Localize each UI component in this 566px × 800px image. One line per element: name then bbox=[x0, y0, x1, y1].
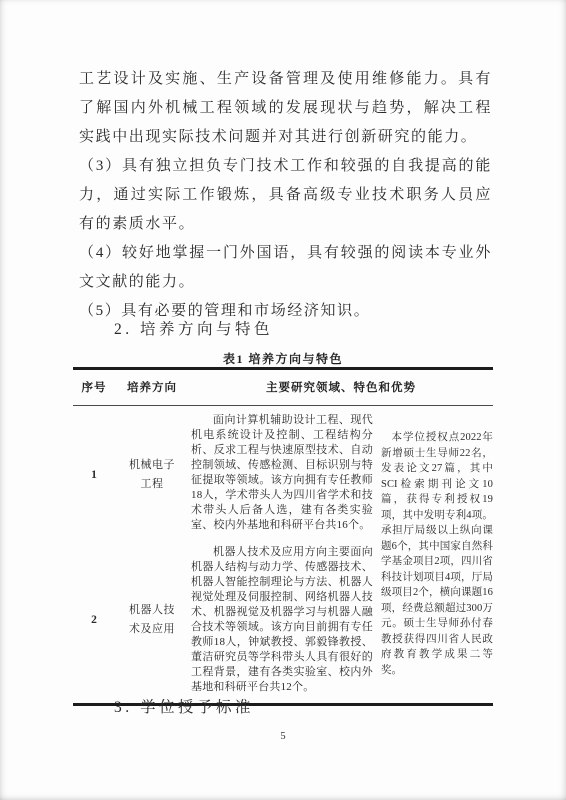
training-directions-table: 序号 培养方向 主要研究领域、特色和优势 1 机械电子工程 面向计算机辅助设计工… bbox=[73, 367, 493, 706]
table-header-direction: 培养方向 bbox=[115, 379, 189, 395]
table-row-1-index: 1 bbox=[73, 468, 115, 483]
section-heading-training-directions: 2. 培养方向与特色 bbox=[114, 317, 273, 339]
section-heading-degree-standards: 3. 学位授予标准 bbox=[114, 695, 254, 717]
table-caption: 表1 培养方向与特色 bbox=[73, 350, 493, 367]
table-header-index: 序号 bbox=[73, 379, 115, 395]
table-header-research: 主要研究领域、特色和优势 bbox=[189, 379, 493, 395]
paragraph-continuation: 工艺设计及实施、生产设备管理及使用维修能力。具有了解国内外机械工程领域的发展现状… bbox=[79, 65, 492, 152]
body-text-block: 工艺设计及实施、生产设备管理及使用维修能力。具有了解国内外机械工程领域的发展现状… bbox=[79, 65, 492, 326]
table-row-2-index: 2 bbox=[73, 613, 115, 628]
document-page: 工艺设计及实施、生产设备管理及使用维修能力。具有了解国内外机械工程领域的发展现状… bbox=[0, 0, 566, 800]
paragraph-item-3: （3）具有独立担负专门技术工作和较强的自我提高的能力，通过实际工作锻炼，具备高级… bbox=[79, 152, 492, 239]
table-row-2-direction: 机器人技术及应用 bbox=[115, 601, 189, 639]
table-row-1-detail: 面向计算机辅助设计工程、现代机电系统设计及控制、工程结构分析、反求工程与快速原型… bbox=[189, 409, 381, 541]
table-row-2-detail: 机器人技术及应用方向主要面向机器人结构与动力学、传感器技术、机器人智能控制理论与… bbox=[189, 541, 381, 699]
table-body: 1 机械电子工程 面向计算机辅助设计工程、现代机电系统设计及控制、工程结构分析、… bbox=[73, 406, 493, 706]
table-achievements-note: 本学位授权点2022年新增硕士生导师22名，发表论文27篇，其中SCI检索期刊论… bbox=[381, 430, 493, 678]
paragraph-item-4: （4）较好地掌握一门外国语，具有较强的阅读本专业外文文献的能力。 bbox=[79, 239, 492, 297]
page-number: 5 bbox=[0, 731, 566, 742]
table-row-1-direction: 机械电子工程 bbox=[115, 456, 189, 494]
table-header-row: 序号 培养方向 主要研究领域、特色和优势 bbox=[73, 367, 493, 406]
